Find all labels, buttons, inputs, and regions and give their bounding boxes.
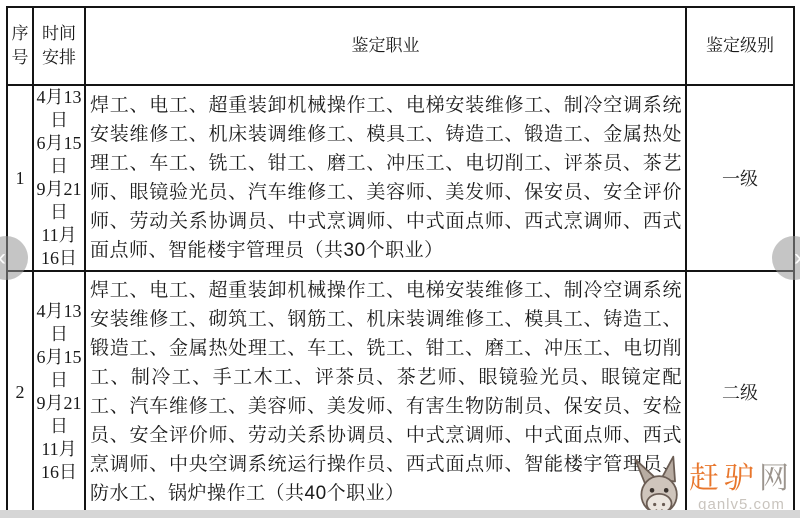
table-header-row: 序 号 时间 安排 鉴定职业 鉴定级别 xyxy=(7,7,794,85)
col-header-occupation: 鉴定职业 xyxy=(85,7,686,85)
col-header-level: 鉴定级别 xyxy=(686,7,794,85)
site-watermark: 赶驴网 ganlv5.com xyxy=(633,454,794,514)
table-row: 1 4月13 日 6月15 日 9月21 日 11月 16日 焊工、电工、超重装… xyxy=(7,85,794,271)
watermark-brand-gray: 网 xyxy=(759,462,794,495)
watermark-brand: 赶驴网 xyxy=(689,462,794,496)
row2-occupations: 焊工、电工、超重装卸机械操作工、电梯安装维修工、制冷空调系统安装维修工、砌筑工、… xyxy=(85,271,686,513)
page-bottom-strip xyxy=(0,510,800,518)
donkey-mascot-icon xyxy=(633,454,687,516)
col-header-serial-no: 序 号 xyxy=(7,7,33,85)
row2-serial-no: 2 xyxy=(7,271,33,513)
chevron-left-icon: ‹ xyxy=(0,246,6,270)
chevron-right-icon: › xyxy=(794,246,800,270)
row2-schedule: 4月13 日 6月15 日 9月21 日 11月 16日 xyxy=(33,271,85,513)
col-header-schedule: 时间 安排 xyxy=(33,7,85,85)
row1-occupations: 焊工、电工、超重装卸机械操作工、电梯安装维修工、制冷空调系统安装维修工、机床装调… xyxy=(85,85,686,271)
watermark-brand-orange: 赶驴 xyxy=(689,462,759,495)
row1-schedule: 4月13 日 6月15 日 9月21 日 11月 16日 xyxy=(33,85,85,271)
appraisal-schedule-table: 序 号 时间 安排 鉴定职业 鉴定级别 1 4月13 日 6月15 日 9月21… xyxy=(6,6,795,514)
watermark-text: 赶驴网 ganlv5.com xyxy=(689,462,794,514)
page: 序 号 时间 安排 鉴定职业 鉴定级别 1 4月13 日 6月15 日 9月21… xyxy=(0,0,800,518)
